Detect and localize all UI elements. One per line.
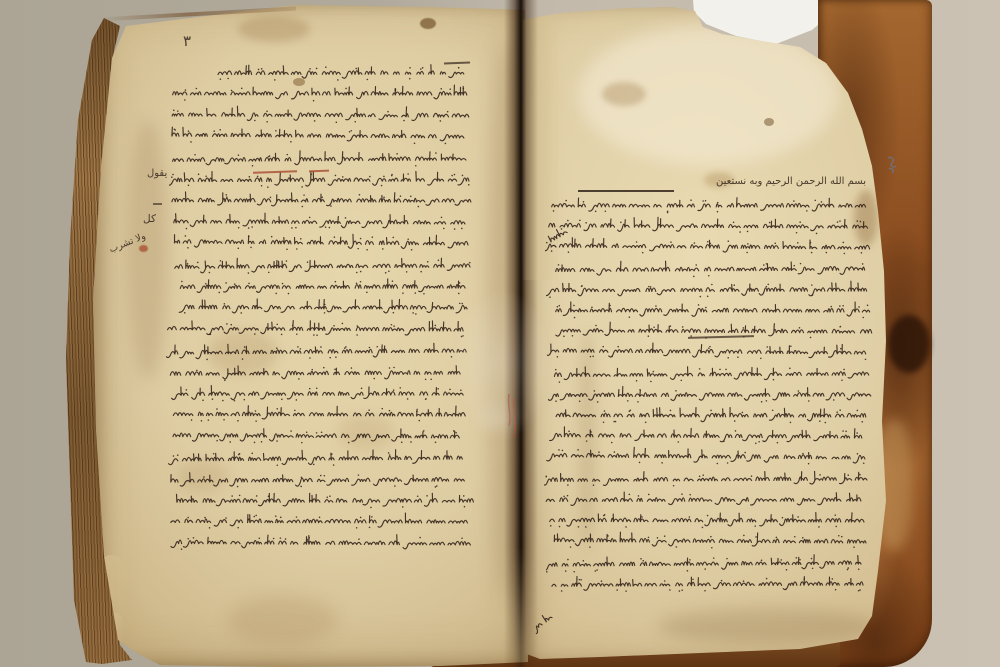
margin-note: يقول <box>147 169 167 179</box>
handwritten-text-line <box>543 426 868 445</box>
margin-note: كل <box>143 214 156 225</box>
handwritten-text-line <box>544 490 868 508</box>
blue-ink-mark <box>886 155 899 175</box>
handwritten-text-line <box>167 384 470 402</box>
handwritten-text-line <box>544 446 871 466</box>
handwritten-text-line <box>168 149 470 168</box>
handwritten-text-line <box>167 405 472 424</box>
handwritten-text-line <box>166 341 473 361</box>
handwritten-text-line <box>171 277 471 295</box>
handwritten-text-line <box>168 448 470 468</box>
red-ink-blob <box>139 245 148 252</box>
handwritten-text-line <box>546 259 869 279</box>
handwritten-text-line <box>167 425 467 444</box>
handwritten-text-line <box>545 510 871 529</box>
handwritten-text-line <box>167 105 473 124</box>
leather-dark-patch <box>888 315 930 373</box>
binding-threads <box>505 392 519 442</box>
handwritten-text-line <box>546 553 869 573</box>
handwritten-text-line <box>545 236 874 256</box>
margin-dash <box>153 203 162 205</box>
handwritten-text-line <box>547 341 871 361</box>
handwritten-text-line <box>170 256 476 275</box>
handwritten-text-line <box>168 125 468 145</box>
handwritten-text-line <box>168 470 472 489</box>
handwritten-text-line <box>547 301 874 319</box>
handwritten-text-line <box>169 212 470 231</box>
handwritten-text-line <box>544 469 874 488</box>
handwritten-text-line <box>171 298 473 316</box>
handwritten-text-line <box>545 196 869 214</box>
manuscript-left-page: ٣ يقول كل ولا تشرب <box>88 0 532 667</box>
handwritten-text-line <box>548 364 874 383</box>
manuscript-photo: ٣ يقول كل ولا تشرب بسم الله الرحمن الرحي… <box>0 0 1000 667</box>
handwritten-text-line <box>170 232 473 252</box>
handwritten-text-line <box>545 531 873 550</box>
handwritten-text-line <box>167 84 470 102</box>
handwritten-text-line <box>545 216 871 235</box>
handwritten-text-line <box>546 574 871 593</box>
left-text-block <box>88 0 532 667</box>
handwritten-text-line <box>546 280 871 299</box>
handwritten-text-line <box>170 532 473 552</box>
handwritten-text-line <box>169 512 470 531</box>
gutter-shadow <box>504 0 538 667</box>
handwritten-text-line <box>216 63 467 82</box>
handwritten-text-line <box>165 318 469 337</box>
handwritten-text-line <box>169 191 476 209</box>
handwritten-text-line <box>169 170 474 189</box>
handwritten-text-line <box>169 491 476 509</box>
handwritten-text-line <box>548 385 876 404</box>
handwritten-text-line <box>166 363 467 382</box>
handwritten-text-line <box>547 321 877 340</box>
handwritten-text-line <box>549 406 872 424</box>
